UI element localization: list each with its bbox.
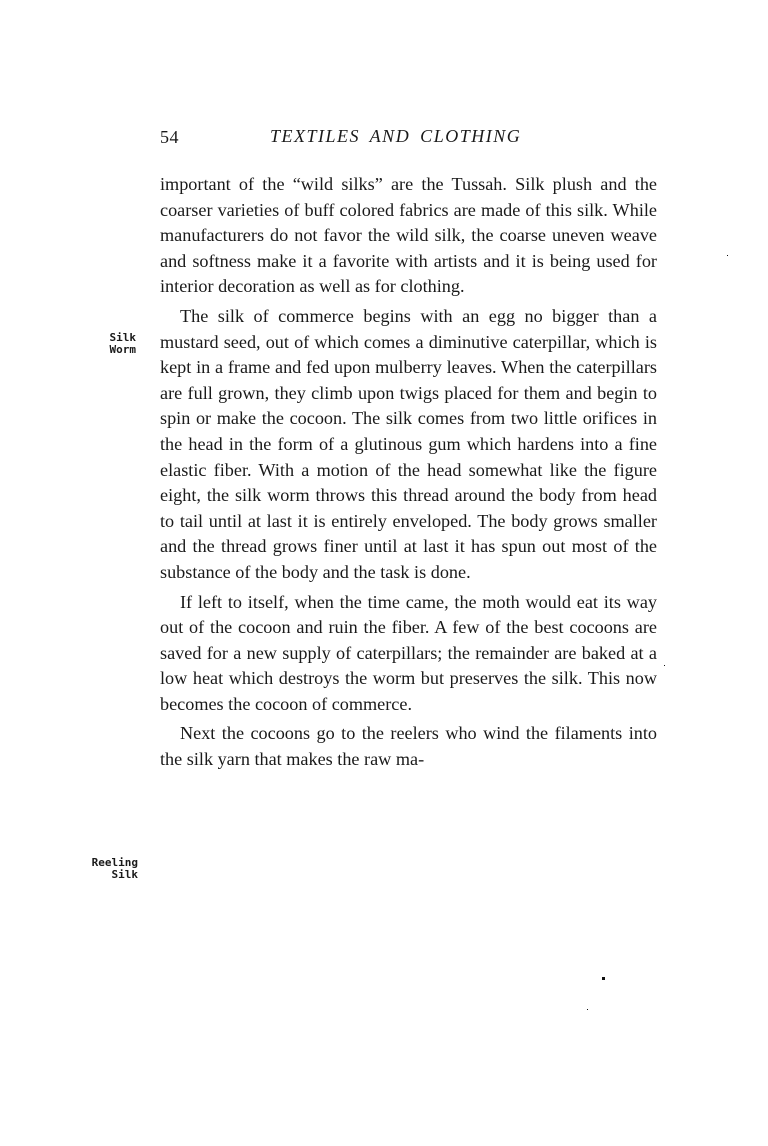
paragraph-reeling-silk: Next the cocoons go to the reelers who w…	[160, 721, 657, 772]
page-number: 54	[160, 127, 179, 148]
scan-speck	[602, 977, 605, 980]
page-header: 54 TEXTILES AND CLOTHING	[160, 127, 660, 151]
paragraph-silk-worm: The silk of commerce begins with an egg …	[160, 304, 657, 586]
sidenote-reeling-silk: Reeling Silk	[74, 857, 138, 881]
scan-speck	[587, 1009, 588, 1010]
body-text: important of the “wild silks” are the Tu…	[160, 172, 657, 773]
sidenote-line: Worm	[80, 344, 136, 356]
running-head: TEXTILES AND CLOTHING	[270, 126, 521, 147]
sidenote-line: Silk	[74, 869, 138, 881]
sidenote-silk-worm: Silk Worm	[80, 332, 136, 356]
scan-speck	[664, 665, 665, 666]
scan-speck	[727, 255, 728, 256]
paragraph-wild-silks: important of the “wild silks” are the Tu…	[160, 172, 657, 300]
paragraph-cocoon-of-commerce: If left to itself, when the time came, t…	[160, 590, 657, 718]
